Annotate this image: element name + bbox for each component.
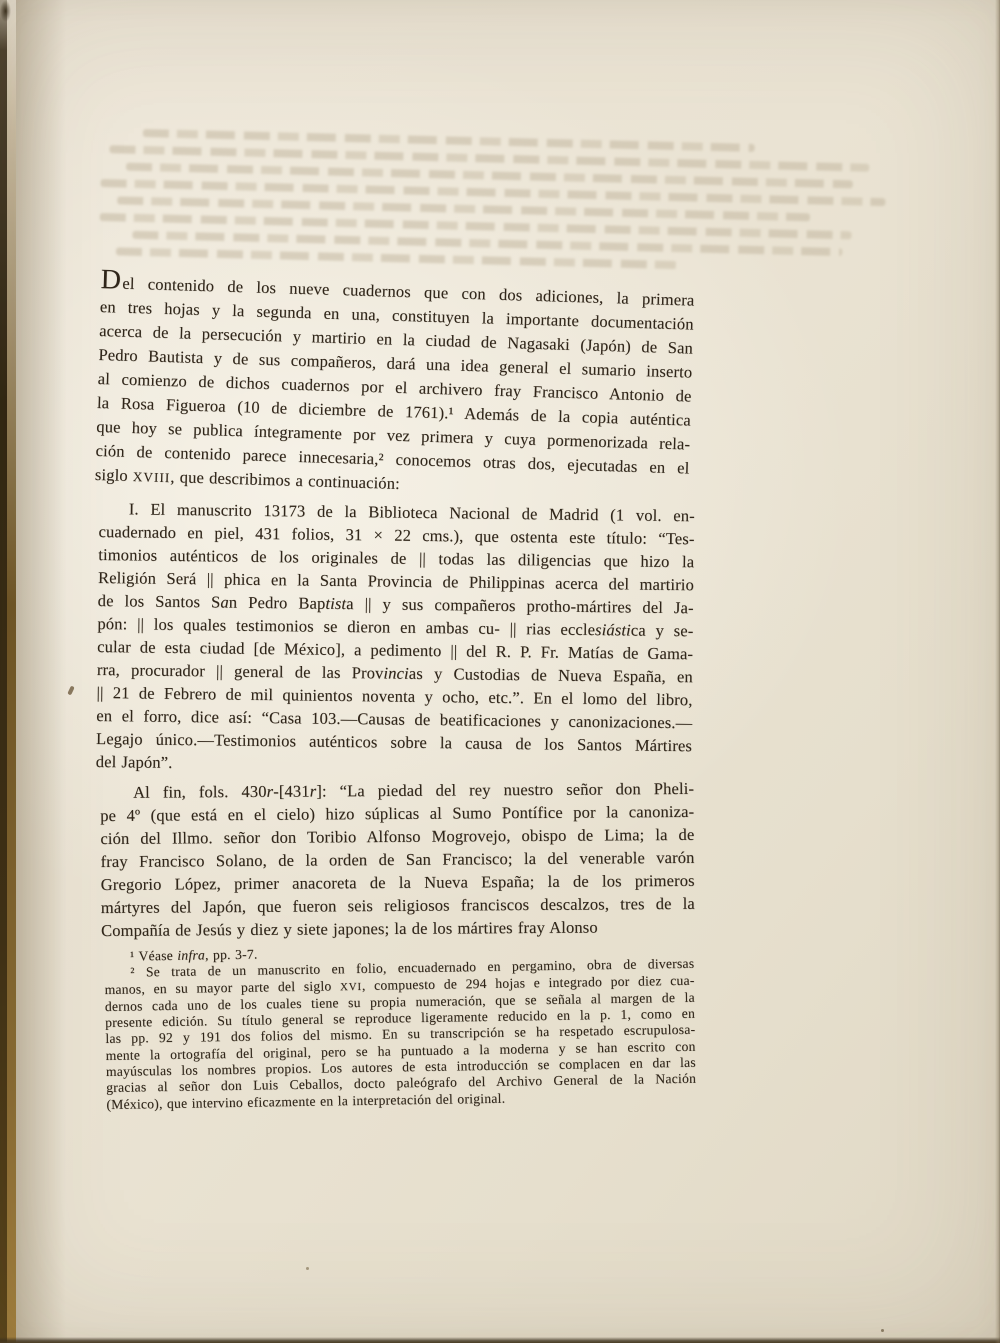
corner-shadow [0, 0, 11, 22]
enlarged-initial: D [100, 264, 122, 296]
book-page-photo: Del contenido de los nueve cuadernos que… [0, 0, 1000, 1343]
page-edge-bottom [0, 1337, 1000, 1343]
paper-fleck [67, 686, 74, 696]
footnotes-block: ¹ Véase infra, pp. 3-7. ² Se trata de un… [104, 940, 697, 1113]
page-edge-right [995, 0, 1000, 1343]
paper-fleck [306, 1267, 309, 1270]
paper-fleck [881, 1329, 884, 1332]
gutter-shadow [16, 0, 66, 1343]
page-edge-left [0, 0, 7, 1343]
paragraph-intro: Del contenido de los nueve cuadernos que… [95, 271, 695, 506]
showthrough-text [99, 128, 928, 284]
page-edge-gilt [7, 0, 16, 1343]
paragraph-al-fin: Al fin, fols. 430r-[431r]: “La piedad de… [100, 777, 695, 942]
footnote-2: ² Se trata de un manuscrito en folio, en… [104, 956, 696, 1113]
paragraph-manuscript-description: I. El manuscrito 13173 de la Biblioteca … [96, 497, 695, 780]
text-line: mártyres del Japón, que fueron seis reli… [101, 892, 695, 919]
showthrough-line [115, 247, 677, 269]
text-line: Compañía de Jesús y diez y siete japones… [101, 915, 695, 942]
